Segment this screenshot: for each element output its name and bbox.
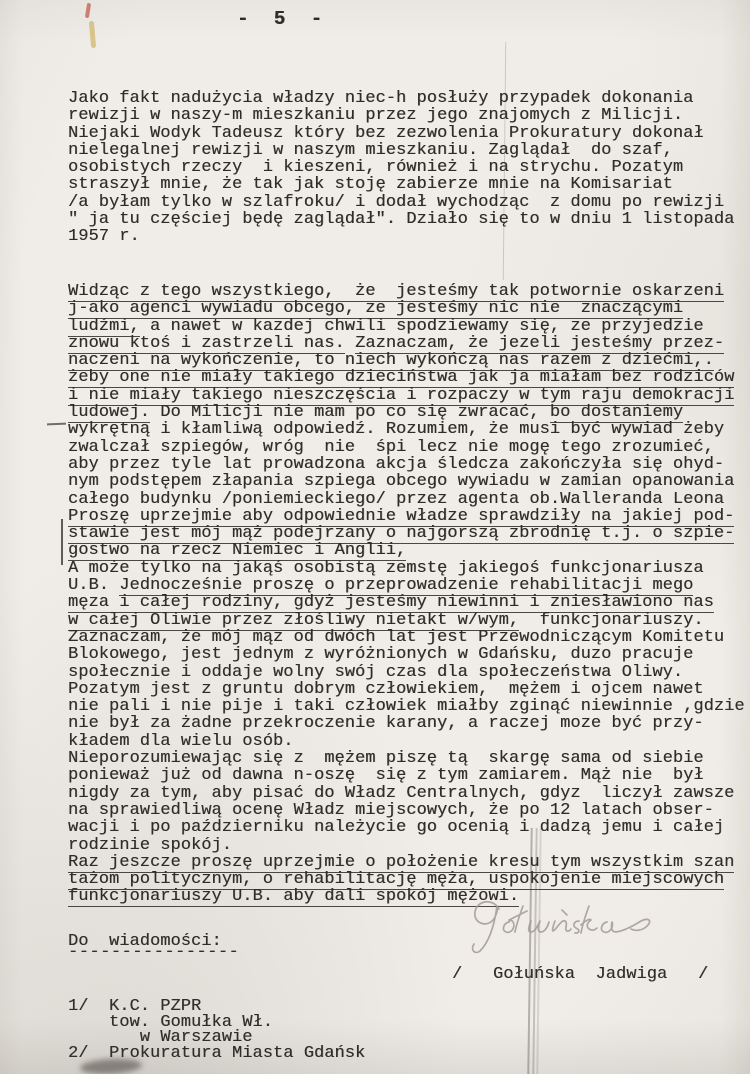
document-line: nym podstępem złapania szpiega obcego wy…: [68, 473, 745, 490]
document-line: ludowej. Do Milicji nie mam po co się zw…: [68, 404, 745, 421]
typed-signature: / Gołuńska Jadwiga /: [452, 966, 708, 983]
margin-dash-mark: [47, 423, 66, 426]
document-line: znowu ktoś i zastrzeli nas. Zaznaczam, ż…: [68, 335, 745, 352]
document-line: wykrętną i kłamliwą odpowiedź. Rozumiem,…: [68, 421, 745, 438]
document-line: zwalczał szpiegów, wróg nie śpi lecz nie…: [68, 439, 745, 456]
distribution-list: 1/ K.C. PZPR tow. Gomułka Wł. w Warszawi…: [68, 999, 365, 1061]
document-line: stawie jest mój mąż podejrzany o najgors…: [68, 525, 745, 542]
pen-mark-red: [85, 3, 91, 18]
document-line: nigdy za tym, aby pisać do Władz Central…: [68, 785, 745, 802]
document-line: rewizji w naszy-m mieszkaniu przez jego …: [68, 107, 734, 124]
document-line: A może tylko na jakąś osobistą zemstę ja…: [68, 560, 745, 577]
document-line: kładem dla wielu osób.: [68, 733, 745, 750]
margin-vertical-mark: [61, 519, 63, 565]
document-page: - 5 - Jako fakt nadużycia władzy niec-h …: [0, 0, 750, 1074]
paragraph-2: Widząc z tego wszystkiego, że jesteśmy t…: [68, 283, 745, 906]
distribution-underline: ----------------: [68, 944, 239, 961]
document-line: społecznie i oddaje wolny swój czas dla …: [68, 664, 745, 681]
document-line: na sprawiedliwą ocenę Władz miejscowych,…: [68, 802, 745, 819]
document-line: 1957 r.: [68, 228, 734, 245]
handwritten-signature: [463, 893, 693, 965]
document-line: /a byłam tylko w szlafroku/ i dodał wych…: [68, 194, 734, 211]
document-line: nielegalnej rewizji w naszym mieszkaniu.…: [68, 142, 734, 159]
document-line: tażom politycznym, o rehabilitację męża,…: [68, 871, 745, 888]
document-line: j-ako agenci wywiadu obcego, ze jesteśmy…: [68, 300, 745, 317]
document-line: żeby one nie miały takiego dzieciństwa j…: [68, 369, 745, 386]
document-line: Pozatym jest z gruntu dobrym człowiekiem…: [68, 681, 745, 698]
document-line: Raz jeszcze proszę uprzejmie o położenie…: [68, 854, 745, 871]
document-line: Nieporozumiewając się z mężem piszę tą s…: [68, 750, 745, 767]
document-line: nie był za żadne przekroczenie karany, a…: [68, 715, 745, 732]
document-line: rodzinie spokój.: [68, 837, 745, 854]
document-line: osobistych rzeczy i kieszeni, również i …: [68, 159, 734, 176]
document-line: naczeni na wykończenie, to niech wykończ…: [68, 352, 745, 369]
document-line: gostwo na rzecz Niemiec i Anglii,: [68, 542, 745, 559]
document-line: ludźmi, a nawet w kazdej chwili spodziew…: [68, 318, 745, 335]
document-line: straszył mnie, że tak jak stoję zabierze…: [68, 176, 734, 193]
document-line: w całej Oliwie przez złośliwy nietakt w/…: [68, 612, 745, 629]
document-line: Niejaki Wodyk Tadeusz który bez zezwolen…: [68, 125, 734, 142]
document-line: i nie miały takiego nieszczęścia i rozpa…: [68, 387, 745, 404]
document-line: U.B. Jednocześnie proszę o przeprowadzen…: [68, 577, 745, 594]
document-line: wacji i po październiku należycie go oce…: [68, 819, 745, 836]
pen-mark-yellow: [89, 21, 96, 48]
document-line: Blokowego, jest jednym z wyróżnionych w …: [68, 646, 745, 663]
paragraph-1: Jako fakt nadużycia władzy niec-h posłuż…: [68, 90, 734, 246]
document-line: ponieważ już od dawna n-oszę się z tym z…: [68, 767, 745, 784]
document-line: Proszę uprzejmie aby odpowiednie władze …: [68, 508, 745, 525]
document-line: Jako fakt nadużycia władzy niec-h posłuż…: [68, 90, 734, 107]
document-line: nie pali i nie pije i taki człowiek miał…: [68, 698, 745, 715]
document-line: Zaznaczam, że mój mąz od dwóch lat jest …: [68, 629, 745, 646]
document-line: całego budynku /poniemieckiego/ przez ag…: [68, 491, 745, 508]
document-line: męza i całej rodziny, gdyż jesteśmy niew…: [68, 594, 745, 611]
document-line: aby przez tyle lat prowadzona akcja śled…: [68, 456, 745, 473]
document-line: " ja tu częściej będę zaglądał". Działo …: [68, 211, 734, 228]
document-line: Widząc z tego wszystkiego, że jesteśmy t…: [68, 283, 745, 300]
page-number: - 5 -: [237, 8, 329, 30]
